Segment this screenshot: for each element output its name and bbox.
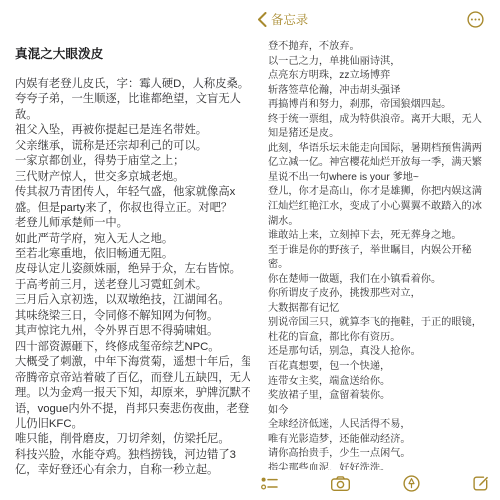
note-line: 百花真想要，包一个快递，: [268, 360, 496, 375]
chevron-left-icon: [257, 12, 267, 27]
note-line: 唯有光影造梦，还能催动经济。: [268, 433, 496, 448]
more-menu-button[interactable]: [467, 11, 484, 28]
note-line: 此刻，华语乐坛未能走向国际，暑期档预售满两: [268, 142, 496, 157]
note-line: 内娱有老登儿皮氏，字：霉人硬D，人称皮桑。: [15, 77, 247, 92]
note-line: 大数据都有记忆: [268, 302, 496, 317]
note-line: 以一己之力，单挑仙丽诗淇，: [268, 55, 496, 70]
note-line: 理。以为金鸡一报天下知，却原来，驴牌沉默不: [15, 386, 247, 401]
camera-button[interactable]: [329, 474, 352, 493]
note-line: 全球经济低迷，人民活得不易，: [268, 418, 496, 433]
note-line: 于高考前三月，送老登儿习霓虹剑术。: [15, 278, 247, 293]
note-line: 登儿，你才是高山，你才是雄狮，你把内娱这满: [268, 185, 496, 200]
bottom-toolbar: [250, 470, 500, 500]
note-line: 连带女主奖，端盒送给你。: [268, 375, 496, 390]
note-line: 科技兴脸，水能夺鸡。独档捞钱，河边错了3: [15, 448, 247, 463]
compose-icon: [473, 475, 489, 491]
note-line: 帝腾帝京帝站着破了百亿，而登儿五缺四，无人: [15, 371, 247, 386]
note-line: 父亲继承，谎称是还宗却利己的可以。: [15, 139, 247, 154]
note-title: 真混之大眼泼皮: [15, 43, 103, 62]
notes-app-screen: 备忘录 登不抛弃，不放弃。 以一己之力，单挑仙丽诗淇， 点亮东方明珠，zz立场博…: [250, 0, 500, 500]
note-line: 知是猪还是皮。: [268, 127, 496, 142]
note-line: 还是那句话，别急，真没人抢你。: [268, 345, 496, 360]
note-body-left: 内娱有老登儿皮氏，字：霉人硬D，人称皮桑。 夸夸子弟，一生顺逐，比谁都绝望，文盲…: [15, 77, 247, 479]
note-body[interactable]: 登不抛弃，不放弃。 以一己之力，单挑仙丽诗淇， 点亮东方明珠，zz立场博弈 斩落…: [268, 40, 496, 476]
note-line: 杜花的盲盒，都比你有资历。: [268, 331, 496, 346]
note-line: 再搞博肖和努力，刹那，帝国狼烟四起。: [268, 98, 496, 113]
markup-icon: [403, 475, 420, 492]
note-line: 如此严苛学府，宛入无人之地。: [15, 232, 247, 247]
note-line: 老登儿师承楚师一中。: [15, 216, 247, 231]
note-line: 儿仍旧KFC。: [15, 417, 247, 432]
note-line: 大概受了刺激，中年下海赏菊，遥想十年后，玺: [15, 355, 247, 370]
back-button[interactable]: 备忘录: [257, 10, 308, 28]
note-line: 请你高抬贵手，少生一点闲气。: [268, 447, 496, 462]
note-page-left: 真混之大眼泼皮 内娱有老登儿皮氏，字：霉人硬D，人称皮桑。 夸夸子弟，一生顺逐，…: [0, 0, 250, 500]
note-line: 谁敢站上来，立刻掉下去，死无葬身之地。: [268, 229, 496, 244]
note-line: 湖水。: [268, 215, 496, 230]
note-line: 传其叔乃青团传人，年轻气盛，他家就像高x: [15, 185, 247, 200]
note-line: 江灿烂红艳江水，变成了小心翼翼不敢踏入的冰: [268, 200, 496, 215]
note-line: 终于统一票组，成为特供浪帝。离开大眼，无人: [268, 113, 496, 128]
note-line: 夸夸子弟，一生顺逐，比谁都绝望，文盲无人: [15, 92, 247, 107]
checklist-icon: [261, 476, 278, 491]
note-line: 点亮东方明珠，zz立场博弈: [268, 69, 496, 84]
note-line: 登不抛弃，不放弃。: [268, 40, 496, 55]
note-line: 斩落签草伦瀚，冲击胡头强译: [268, 84, 496, 99]
note-line: 其声惊诧九州，令外界百思不得骑啸姐。: [15, 324, 247, 339]
note-line: 皮母认定儿姿颜姝丽，绝异于众，左右皆惊。: [15, 262, 247, 277]
compose-button[interactable]: [471, 473, 491, 493]
checklist-button[interactable]: [259, 474, 280, 493]
note-line: 三月后入京初选，以双墩绝技，江湖闻名。: [15, 293, 247, 308]
markup-button[interactable]: [401, 473, 422, 494]
back-label: 备忘录: [271, 10, 308, 28]
note-line: 你所谓皮子皮孙，挑拨那些对立，: [268, 287, 496, 302]
note-line: 别说帝国三只，就算李飞的拖鞋，于正的眼镜，: [268, 316, 496, 331]
note-line: 四十部资源砸下，终修成玺帝综艺NPC。: [15, 340, 247, 355]
note-line: 亿，幸好登还心有余力，自称一秒立起。: [15, 463, 247, 478]
ellipsis-circle-icon: [467, 11, 484, 28]
note-line: 三代财产惊人，世交多京城老炮。: [15, 170, 247, 185]
note-line: 其味绕梁三日，令同修不解知网为何物。: [15, 309, 247, 324]
note-line: 语，vogue内外不提，肖邦只奏悲伤夜曲，老登: [15, 402, 247, 417]
camera-icon: [331, 476, 350, 491]
note-line: 祖父入坠，再被你提起已是连名带姓。: [15, 123, 247, 138]
note-line: 亿立减一亿。神宫樱花灿烂开放每一季，满天繁: [268, 156, 496, 171]
note-line: 至于谁是你的野孩子，举世瞩目，内娱公开秘: [268, 244, 496, 259]
note-line: 至若北寒重地，依旧畅通无阻。: [15, 247, 247, 262]
note-line: 如今: [268, 404, 496, 419]
note-line: 星说不出一句where is your 爹地~: [268, 171, 496, 186]
note-line: 一家京都创业，得势于庙堂之上；: [15, 154, 247, 169]
note-line: 奖放裙子里，盒留着装你。: [268, 389, 496, 404]
note-line: 你在楚师一做题，我们在小镇看着你。: [268, 273, 496, 288]
note-line: 盛。但是party来了，你叔也得立正。对吧？: [15, 201, 247, 216]
note-line: 敌。: [15, 108, 247, 123]
note-line: 密。: [268, 258, 496, 273]
note-line: 唯只能，削骨磨皮，刀切斧刻，仿梁托尼。: [15, 432, 247, 447]
